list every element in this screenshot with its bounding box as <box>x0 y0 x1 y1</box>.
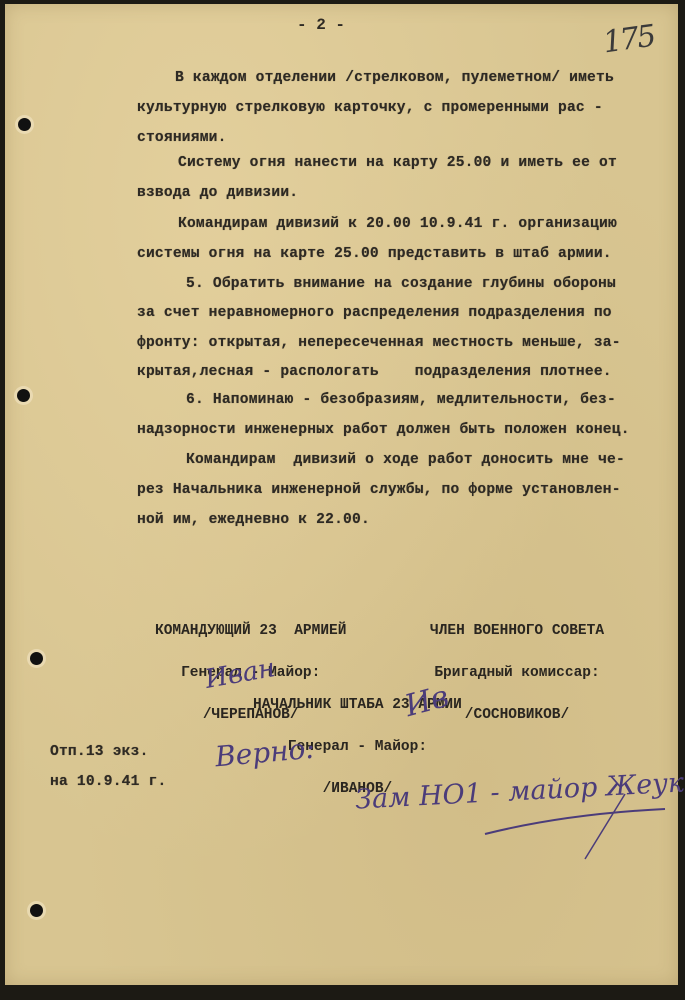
signature-underline <box>475 764 675 864</box>
body-line: стояниями. <box>137 130 227 146</box>
council-member-title: ЧЛЕН ВОЕННОГО СОВЕТА <box>430 624 604 638</box>
body-line: надзорности инженерных работ должен быть… <box>137 422 630 438</box>
punch-hole <box>17 389 30 402</box>
commander-title: КОМАНДУЮЩИЙ 23 АРМИЕЙ <box>155 624 346 638</box>
copies-count: Отп.13 экз. <box>50 744 149 760</box>
page-number: - 2 - <box>297 16 345 34</box>
body-line: В каждом отделении /стрелковом, пулеметн… <box>175 70 614 86</box>
body-line: 5. Обратить внимание на создание глубины… <box>186 276 616 292</box>
body-line: Командирам дивизий к 20.00 10.9.41 г. ор… <box>178 216 617 232</box>
body-line: Систему огня нанести на карту 25.00 и им… <box>178 155 617 171</box>
body-line: крытая,лесная - распологать подразделени… <box>137 364 612 380</box>
punch-hole <box>30 652 43 665</box>
body-line: взвода до дивизии. <box>137 185 298 201</box>
document-page: - 2 - 175 В каждом отделении /стрелковом… <box>5 4 678 985</box>
body-line: рез Начальника инженерной службы, по фор… <box>137 482 621 498</box>
folio-number: 175 <box>601 19 657 61</box>
body-line: ной им, ежедневно к 22.00. <box>137 512 370 528</box>
body-line: культурную стрелковую карточку, с промер… <box>137 100 603 116</box>
document-date: на 10.9.41 г. <box>50 774 166 790</box>
punch-hole <box>30 904 43 917</box>
body-line: фронту: открытая, непересеченная местнос… <box>137 335 621 351</box>
body-line: Командирам дивизий о ходе работ доносить… <box>186 452 625 468</box>
body-line: за счет неравномерного распределения под… <box>137 305 612 321</box>
body-line: 6. Напоминаю - безобразиям, медлительнос… <box>186 392 616 408</box>
body-line: системы огня на карте 25.00 представить … <box>137 246 612 262</box>
punch-hole <box>18 118 31 131</box>
